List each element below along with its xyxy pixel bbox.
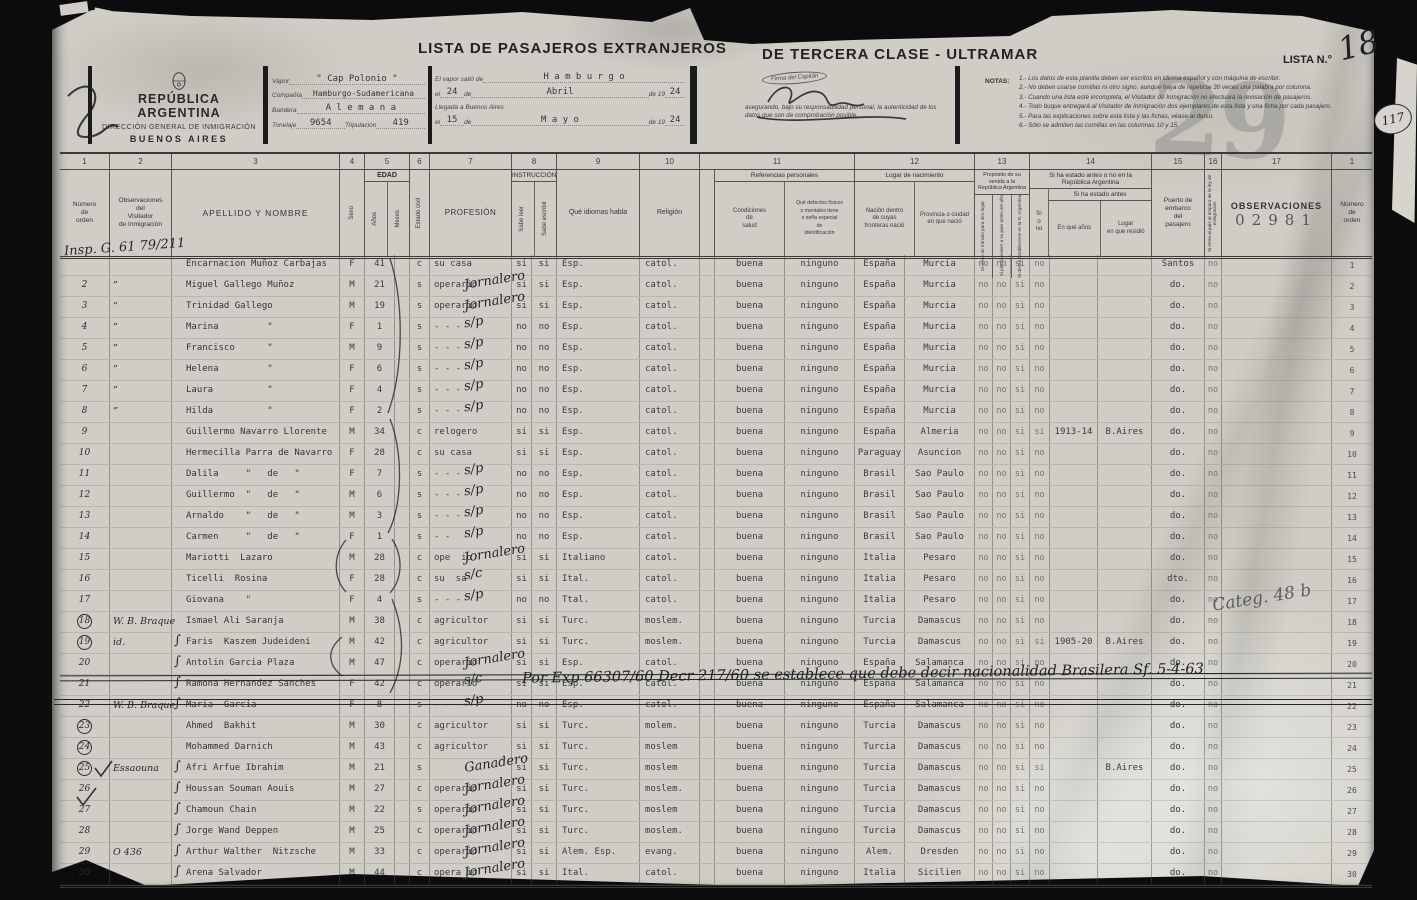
cell-sx: M <box>340 339 365 359</box>
cell-sx: M <box>340 864 365 884</box>
col-gap <box>700 170 715 256</box>
cell-gap <box>700 570 715 590</box>
cell-ly: no <box>1205 843 1222 863</box>
cell-nm: ∫Chamoun Chain <box>172 801 340 821</box>
cell-ec: c <box>410 570 430 590</box>
cell-pr: Damascus <box>905 780 975 800</box>
cell-l4 <box>1098 549 1152 569</box>
cell-ec: c <box>410 822 430 842</box>
cell-pt: do. <box>1152 381 1205 401</box>
cell-sx: M <box>340 717 365 737</box>
cell-l4 <box>1098 255 1152 275</box>
cell-rl: catol. <box>640 276 700 296</box>
cell-e4: no <box>1030 297 1050 317</box>
cell-t1: no <box>975 633 993 653</box>
cell-t1: no <box>975 843 993 863</box>
cell-id: Turc. <box>557 738 640 758</box>
cell-pr: Damascus <box>905 612 975 632</box>
handwritten-profession: s/p <box>463 396 485 418</box>
cell-gap <box>700 549 715 569</box>
cell-es: no <box>532 381 557 401</box>
cell-gap <box>700 738 715 758</box>
cell-ly: no <box>1205 780 1222 800</box>
cell-rl: catol. <box>640 507 700 527</box>
cell-an: 38 <box>365 612 395 632</box>
cell-df: ninguno <box>785 843 855 863</box>
cell-id: Ttal. <box>557 591 640 611</box>
cell-hw <box>110 549 172 569</box>
cell-t3: si <box>1011 738 1030 758</box>
column-number: 8 <box>512 154 557 169</box>
cell-pt: do. <box>1152 633 1205 653</box>
cell-es: si <box>532 297 557 317</box>
cell-ly: no <box>1205 528 1222 548</box>
cell-na: España <box>855 360 905 380</box>
cell-ms <box>395 528 410 548</box>
cell-ob <box>1222 738 1332 758</box>
table-row: 10Hermecilla Parra de NavarroF28csu casa… <box>60 444 1372 465</box>
cell-ms <box>395 780 410 800</box>
cell-le: no <box>512 402 532 422</box>
cell-t3: si <box>1011 570 1030 590</box>
cell-ly: no <box>1205 549 1222 569</box>
cell-id: Esp. <box>557 276 640 296</box>
cell-l4 <box>1098 717 1152 737</box>
column-number: 2 <box>110 154 172 169</box>
bandera-value: A l e m a n a <box>297 103 425 114</box>
handwritten-profession: s/p <box>463 312 485 334</box>
cell-a4 <box>1050 402 1098 422</box>
cell-t2: no <box>993 255 1011 275</box>
cell-t1: no <box>975 591 993 611</box>
cell-t3: si <box>1011 339 1030 359</box>
cell-t2: no <box>993 339 1011 359</box>
cell-n: 9 <box>60 423 110 443</box>
cell-ms <box>395 423 410 443</box>
cell-ms <box>395 507 410 527</box>
cell-a4 <box>1050 591 1098 611</box>
dep-month: Abril <box>471 87 648 98</box>
cell-le: si <box>512 297 532 317</box>
cell-an: 30 <box>365 717 395 737</box>
cell-ec: s <box>410 402 430 422</box>
cell-ms <box>395 297 410 317</box>
cell-e4: no <box>1030 528 1050 548</box>
cell-id: Esp. <box>557 465 640 485</box>
cell-l4 <box>1098 570 1152 590</box>
cell-df: ninguno <box>785 339 855 359</box>
cell-ob <box>1222 864 1332 884</box>
cell-ob <box>1222 507 1332 527</box>
cell-es: si <box>532 612 557 632</box>
cell-pt: do. <box>1152 843 1205 863</box>
cell-ms <box>395 717 410 737</box>
cell-ec: s <box>410 276 430 296</box>
cell-e4: no <box>1030 738 1050 758</box>
cell-a4: 1913-14 <box>1050 423 1098 443</box>
cell-t1: no <box>975 507 993 527</box>
cell-ms <box>395 276 410 296</box>
cell-sx: M <box>340 780 365 800</box>
cell-t1: no <box>975 528 993 548</box>
col-ley-inmigracion: Si entra al país al amparo de la ley de … <box>1205 170 1222 256</box>
cell-sx: F <box>340 381 365 401</box>
cell-od: 4 <box>1332 318 1372 338</box>
cell-sa: buena <box>715 570 785 590</box>
cell-gap <box>700 780 715 800</box>
cell-t1: no <box>975 612 993 632</box>
cell-od: 1 <box>1332 255 1372 275</box>
cell-nm: Dalila " de " <box>172 465 340 485</box>
cell-ly: no <box>1205 570 1222 590</box>
cell-a4 <box>1050 276 1098 296</box>
cell-t3: si <box>1011 843 1030 863</box>
handwritten-profession: s/p <box>463 333 485 355</box>
cell-pt: do. <box>1152 822 1205 842</box>
cell-t2: no <box>993 444 1011 464</box>
cell-nm: Ticelli Rosina <box>172 570 340 590</box>
cell-es: no <box>532 591 557 611</box>
cell-ly: no <box>1205 486 1222 506</box>
cell-hw: ” <box>110 339 172 359</box>
cell-rl: moslem <box>640 759 700 779</box>
cell-es: si <box>532 423 557 443</box>
cell-pt: do. <box>1152 738 1205 758</box>
cell-pr: Damascus <box>905 801 975 821</box>
cell-id: Esp. <box>557 318 640 338</box>
cell-l4 <box>1098 486 1152 506</box>
cell-pr: Murcia <box>905 318 975 338</box>
cell-pt: do. <box>1152 486 1205 506</box>
cell-sx: F <box>340 591 365 611</box>
cell-es: si <box>532 780 557 800</box>
cell-n: 16 <box>60 570 110 590</box>
cell-df: ninguno <box>785 465 855 485</box>
cell-gap <box>700 318 715 338</box>
cell-t1: no <box>975 780 993 800</box>
cell-an: 28 <box>365 570 395 590</box>
cell-l4 <box>1098 444 1152 464</box>
cell-pr: Murcia <box>905 276 975 296</box>
cell-nm: Laura " <box>172 381 340 401</box>
cell-a4 <box>1050 444 1098 464</box>
cell-na: Turcia <box>855 759 905 779</box>
cell-e4: no <box>1030 465 1050 485</box>
cell-rl: catol. <box>640 297 700 317</box>
cell-a4 <box>1050 465 1098 485</box>
table-row: 19id.∫Faris Kaszem JudeideniM42cagricult… <box>60 633 1372 654</box>
table-body: Encarnacion Muñoz CarbajasF41csu casasis… <box>60 255 1372 888</box>
cell-pt: do. <box>1152 759 1205 779</box>
cell-rl: moslem <box>640 738 700 758</box>
cell-e4: no <box>1030 444 1050 464</box>
cell-ly: no <box>1205 738 1222 758</box>
cell-na: España <box>855 402 905 422</box>
cell-hw: ” <box>110 381 172 401</box>
cell-le: no <box>512 507 532 527</box>
cell-hw <box>110 864 172 884</box>
cell-hw <box>110 444 172 464</box>
handwritten-mark: ∫ <box>174 631 181 650</box>
handwritten-mark: ∫ <box>174 652 181 671</box>
cell-df: ninguno <box>785 801 855 821</box>
cell-ly: no <box>1205 507 1222 527</box>
column-number: 12 <box>855 154 975 169</box>
cell-ec: s <box>410 465 430 485</box>
cell-hw <box>110 255 172 275</box>
cell-t3: si <box>1011 423 1030 443</box>
compania-label: Compañía <box>272 92 302 99</box>
cell-ly: no <box>1205 465 1222 485</box>
cell-sx: M <box>340 612 365 632</box>
cell-sx: M <box>340 843 365 863</box>
cell-od: 14 <box>1332 528 1372 548</box>
cell-pf: agricultor <box>430 612 512 632</box>
tripulacion-label: Tripulación <box>345 122 376 129</box>
table-row: 18W. B. BraqueIsmael Ali SaranjaM38cagri… <box>60 612 1372 633</box>
cell-df: ninguno <box>785 486 855 506</box>
cell-hw: id. <box>110 633 172 653</box>
cell-e4: no <box>1030 381 1050 401</box>
dep-day: 24 <box>440 87 464 98</box>
handwritten-profession: s/p <box>463 585 485 607</box>
cell-t2: no <box>993 570 1011 590</box>
cell-an: 22 <box>365 801 395 821</box>
col-defectos: Qué defectos físicos o mentales tiene o … <box>785 182 854 256</box>
cell-t1: no <box>975 360 993 380</box>
captain-statement: asegurando, bajo su responsabilidad pers… <box>745 104 945 120</box>
cell-t3: si <box>1011 381 1030 401</box>
cell-hw <box>110 507 172 527</box>
cell-es: si <box>532 255 557 275</box>
cell-pr: Damascus <box>905 738 975 758</box>
cell-pr: Murcia <box>905 255 975 275</box>
cell-t1: no <box>975 864 993 884</box>
cell-t3: si <box>1011 801 1030 821</box>
cell-gap <box>700 843 715 863</box>
cell-t2: no <box>993 591 1011 611</box>
column-number: 17 <box>1222 154 1332 169</box>
cell-t3: si <box>1011 444 1030 464</box>
cell-ob <box>1222 612 1332 632</box>
argentina-shield-icon <box>172 72 186 90</box>
cell-sa: buena <box>715 780 785 800</box>
cell-sa: buena <box>715 612 785 632</box>
cell-df: ninguno <box>785 759 855 779</box>
col-provincia: Provincia o ciudad en que nació <box>915 182 974 256</box>
table-row: Encarnacion Muñoz CarbajasF41csu casasis… <box>60 255 1372 276</box>
cell-df: ninguno <box>785 738 855 758</box>
cell-pt: do. <box>1152 402 1205 422</box>
cell-l4 <box>1098 591 1152 611</box>
cell-t2: no <box>993 381 1011 401</box>
cell-t1: no <box>975 276 993 296</box>
cell-ms <box>395 381 410 401</box>
cell-gap <box>700 759 715 779</box>
cell-ec: c <box>410 654 430 674</box>
cell-e4: si <box>1030 759 1050 779</box>
cell-sx: M <box>340 423 365 443</box>
cell-od: 28 <box>1332 822 1372 842</box>
cell-od: 27 <box>1332 801 1372 821</box>
cell-id: Turc. <box>557 633 640 653</box>
cell-l4 <box>1098 318 1152 338</box>
compania-value: Hamburgo-Sudamericana <box>302 89 425 99</box>
cell-ob <box>1222 780 1332 800</box>
cell-e4: no <box>1030 780 1050 800</box>
divider-bar <box>955 66 960 144</box>
cell-gap <box>700 381 715 401</box>
cell-t3: si <box>1011 297 1030 317</box>
cell-pt: dto. <box>1152 570 1205 590</box>
cell-sa: buena <box>715 402 785 422</box>
column-number: 1 <box>1332 154 1372 169</box>
cell-ob <box>1222 339 1332 359</box>
cell-id: Esp. <box>557 360 640 380</box>
cell-df: ninguno <box>785 255 855 275</box>
cell-es: no <box>532 360 557 380</box>
column-number: 7 <box>430 154 512 169</box>
tonelaje-label: Tonelaje <box>272 122 296 129</box>
cell-od: 23 <box>1332 717 1372 737</box>
table-row: 24Mohammed DarnichM43cagricultorsisiTurc… <box>60 738 1372 759</box>
cell-gap <box>700 864 715 884</box>
cell-od: 18 <box>1332 612 1372 632</box>
cell-t2: no <box>993 465 1011 485</box>
cell-rl: catol. <box>640 549 700 569</box>
cell-od: 25 <box>1332 759 1372 779</box>
divider-bar <box>88 66 92 144</box>
cell-sx: M <box>340 822 365 842</box>
table-row: 4”Marina "F1s- - -s/pnonoEsp.catol.buena… <box>60 318 1372 339</box>
cell-l4 <box>1098 276 1152 296</box>
cell-t3: si <box>1011 318 1030 338</box>
cell-od: 7 <box>1332 381 1372 401</box>
cell-n: 24 <box>60 738 110 758</box>
cell-hw: O 436 <box>110 843 172 863</box>
table-row: 16Ticelli RosinaF28csu sas/csisiItal.cat… <box>60 570 1372 591</box>
cell-t3: si <box>1011 507 1030 527</box>
cell-ob <box>1222 633 1332 653</box>
cell-ec: s <box>410 591 430 611</box>
cell-n: 25 <box>60 759 110 779</box>
cell-ec: s <box>410 381 430 401</box>
cell-l4: B.Aires <box>1098 423 1152 443</box>
torn-edge-sliver <box>1392 58 1417 223</box>
cell-id: Esp. <box>557 528 640 548</box>
cell-es: no <box>532 465 557 485</box>
cell-le: no <box>512 465 532 485</box>
cell-df: ninguno <box>785 549 855 569</box>
cell-an: 2 <box>365 402 395 422</box>
cell-rl: catol. <box>640 381 700 401</box>
cell-t3: si <box>1011 549 1030 569</box>
cell-l4: B.Aires <box>1098 633 1152 653</box>
cell-n: 12 <box>60 486 110 506</box>
cell-na: Turcia <box>855 633 905 653</box>
cell-id: Esp. <box>557 423 640 443</box>
cell-id: Esp. <box>557 339 640 359</box>
cell-df: ninguno <box>785 423 855 443</box>
handwritten-profession: s/p <box>463 354 485 376</box>
cell-ly: no <box>1205 255 1222 275</box>
cell-t1: no <box>975 570 993 590</box>
cell-pr: Murcia <box>905 402 975 422</box>
cell-nm: Hilda " <box>172 402 340 422</box>
cell-sa: buena <box>715 255 785 275</box>
cell-n: 2 <box>60 276 110 296</box>
cell-es: no <box>532 528 557 548</box>
cell-od: 8 <box>1332 402 1372 422</box>
cell-es: si <box>532 738 557 758</box>
cell-a4 <box>1050 780 1098 800</box>
cell-e4: no <box>1030 549 1050 569</box>
cell-n: 15 <box>60 549 110 569</box>
cell-id: Esp. <box>557 255 640 275</box>
col-apellido-nombre: APELLIDO Y NOMBRE <box>172 170 340 256</box>
handwritten-profession: s/p <box>463 375 485 397</box>
cell-a4 <box>1050 360 1098 380</box>
cell-gap <box>700 402 715 422</box>
cell-gap <box>700 465 715 485</box>
table-row: 8”Hilda "F2s- - -s/pnonoEsp.catol.buenan… <box>60 402 1372 423</box>
cell-rl: evang. <box>640 843 700 863</box>
cell-ly: no <box>1205 339 1222 359</box>
cell-es: si <box>532 633 557 653</box>
cell-a4 <box>1050 738 1098 758</box>
cell-an: 21 <box>365 759 395 779</box>
handwritten-mark: ∫ <box>174 757 181 776</box>
cell-es: si <box>532 759 557 779</box>
cell-rl: catol. <box>640 318 700 338</box>
divider-bar <box>690 66 697 144</box>
cell-n: 14 <box>60 528 110 548</box>
cell-t2: no <box>993 843 1011 863</box>
cell-nm: Mohammed Darnich <box>172 738 340 758</box>
cell-l4 <box>1098 465 1152 485</box>
table-row: 14Carmen " de "F1s- - s/pnonoEsp.catol.b… <box>60 528 1372 549</box>
column-number: 15 <box>1152 154 1205 169</box>
cell-ms <box>395 339 410 359</box>
de-label: de <box>464 91 471 98</box>
cell-t2: no <box>993 402 1011 422</box>
cell-n: 20 <box>60 654 110 674</box>
cell-na: Italia <box>855 570 905 590</box>
cell-ms <box>395 738 410 758</box>
cell-ly: no <box>1205 801 1222 821</box>
cell-l4 <box>1098 843 1152 863</box>
cell-pt: do. <box>1152 297 1205 317</box>
cell-id: Ital. <box>557 570 640 590</box>
page-title-left: LISTA DE PASAJEROS EXTRANJEROS <box>418 40 727 57</box>
cell-a4 <box>1050 717 1098 737</box>
cell-ec: c <box>410 444 430 464</box>
cell-e4: no <box>1030 486 1050 506</box>
cell-hw: ” <box>110 402 172 422</box>
cell-na: Brasil <box>855 465 905 485</box>
cell-od: 11 <box>1332 465 1372 485</box>
cell-n: 29 <box>60 843 110 863</box>
cell-es: si <box>532 276 557 296</box>
cell-an: 33 <box>365 843 395 863</box>
cell-ob <box>1222 276 1332 296</box>
cell-l4 <box>1098 339 1152 359</box>
handwritten-mark: ∫ <box>174 820 181 839</box>
cell-ly: no <box>1205 318 1222 338</box>
cell-an: 25 <box>365 822 395 842</box>
cell-nm: Encarnacion Muñoz Carbajas <box>172 255 340 275</box>
cell-od: 24 <box>1332 738 1372 758</box>
